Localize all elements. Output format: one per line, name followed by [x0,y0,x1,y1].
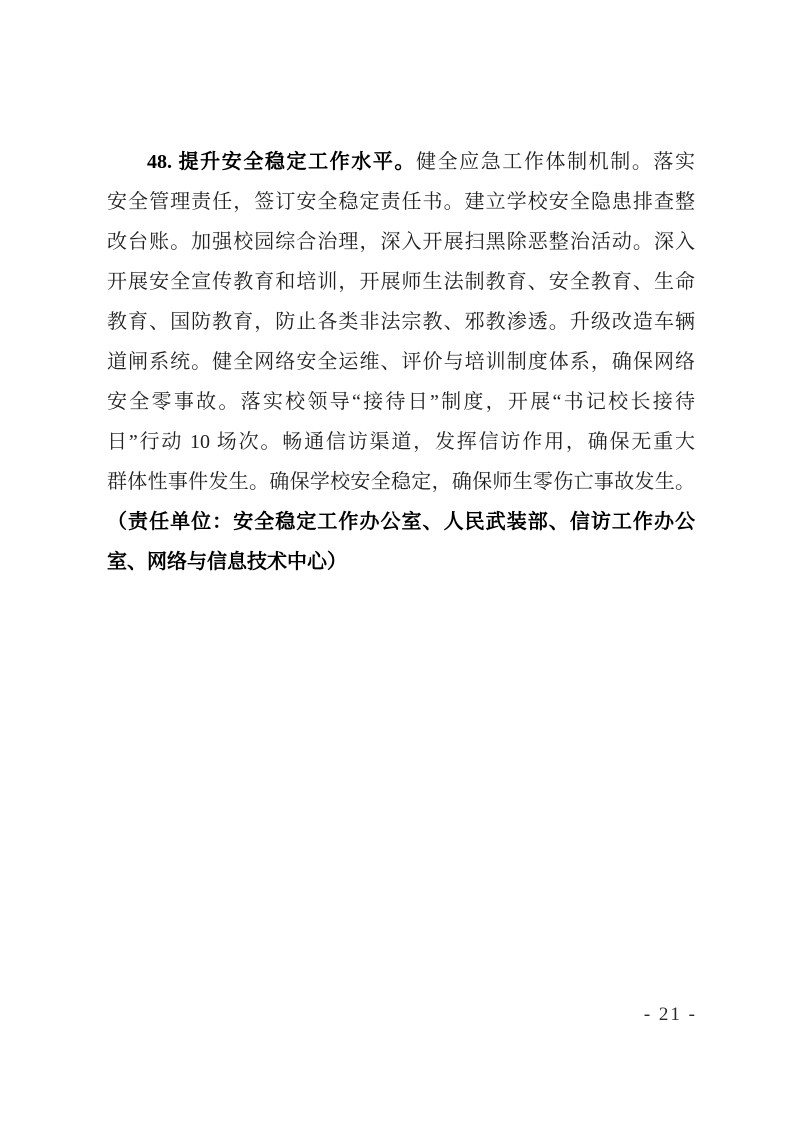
body-text: 健全应急工作体制机制。落实 [416,151,695,173]
body-text: 教育、国防教育，防止各类非法宗教、邪教渗透。升级改造车辆 [107,311,695,333]
body-text: 群体性事件发生。确保学校安全稳定，确保师生零伤亡事故发生。 [107,471,695,493]
text-line-8: 日”行动 10 场次。畅通信访渠道，发挥信访作用，确保无重大 [107,422,695,462]
paragraph-48: 48. 提升安全稳定工作水平。健全应急工作体制机制。落实 安全管理责任，签订安全… [107,142,695,582]
text-line-11-responsible-units: 室、网络与信息技术中心） [107,542,695,582]
document-page: 48. 提升安全稳定工作水平。健全应急工作体制机制。落实 安全管理责任，签订安全… [0,0,793,1122]
page-number: - 21 - [644,1002,697,1028]
paragraph-number-heading: 48. 提升安全稳定工作水平。 [147,151,416,173]
text-line-9: 群体性事件发生。确保学校安全稳定，确保师生零伤亡事故发生。 [107,462,695,502]
responsible-units-text: （责任单位：安全稳定工作办公室、人民武装部、信访工作办公 [107,511,695,533]
body-text: 开展安全宣传教育和培训，开展师生法制教育、安全教育、生命 [107,271,695,293]
body-text: 安全管理责任，签订安全稳定责任书。建立学校安全隐患排查整 [107,191,695,213]
text-line-2: 安全管理责任，签订安全稳定责任书。建立学校安全隐患排查整 [107,182,695,222]
text-line-3: 改台账。加强校园综合治理，深入开展扫黑除恶整治活动。深入 [107,222,695,262]
text-line-6: 道闸系统。健全网络安全运维、评价与培训制度体系，确保网络 [107,342,695,382]
text-line-4: 开展安全宣传教育和培训，开展师生法制教育、安全教育、生命 [107,262,695,302]
body-text: 改台账。加强校园综合治理，深入开展扫黑除恶整治活动。深入 [107,231,695,253]
body-text: 安全零事故。落实校领导“接待日”制度，开展“书记校长接待 [107,391,695,413]
text-line-10-responsible-units: （责任单位：安全稳定工作办公室、人民武装部、信访工作办公 [107,502,695,542]
text-line-7: 安全零事故。落实校领导“接待日”制度，开展“书记校长接待 [107,382,695,422]
text-line-5: 教育、国防教育，防止各类非法宗教、邪教渗透。升级改造车辆 [107,302,695,342]
body-text: 道闸系统。健全网络安全运维、评价与培训制度体系，确保网络 [107,351,695,373]
text-line-1: 48. 提升安全稳定工作水平。健全应急工作体制机制。落实 [107,142,695,182]
responsible-units-text: 室、网络与信息技术中心） [107,551,347,573]
body-text: 日”行动 10 场次。畅通信访渠道，发挥信访作用，确保无重大 [107,431,695,453]
